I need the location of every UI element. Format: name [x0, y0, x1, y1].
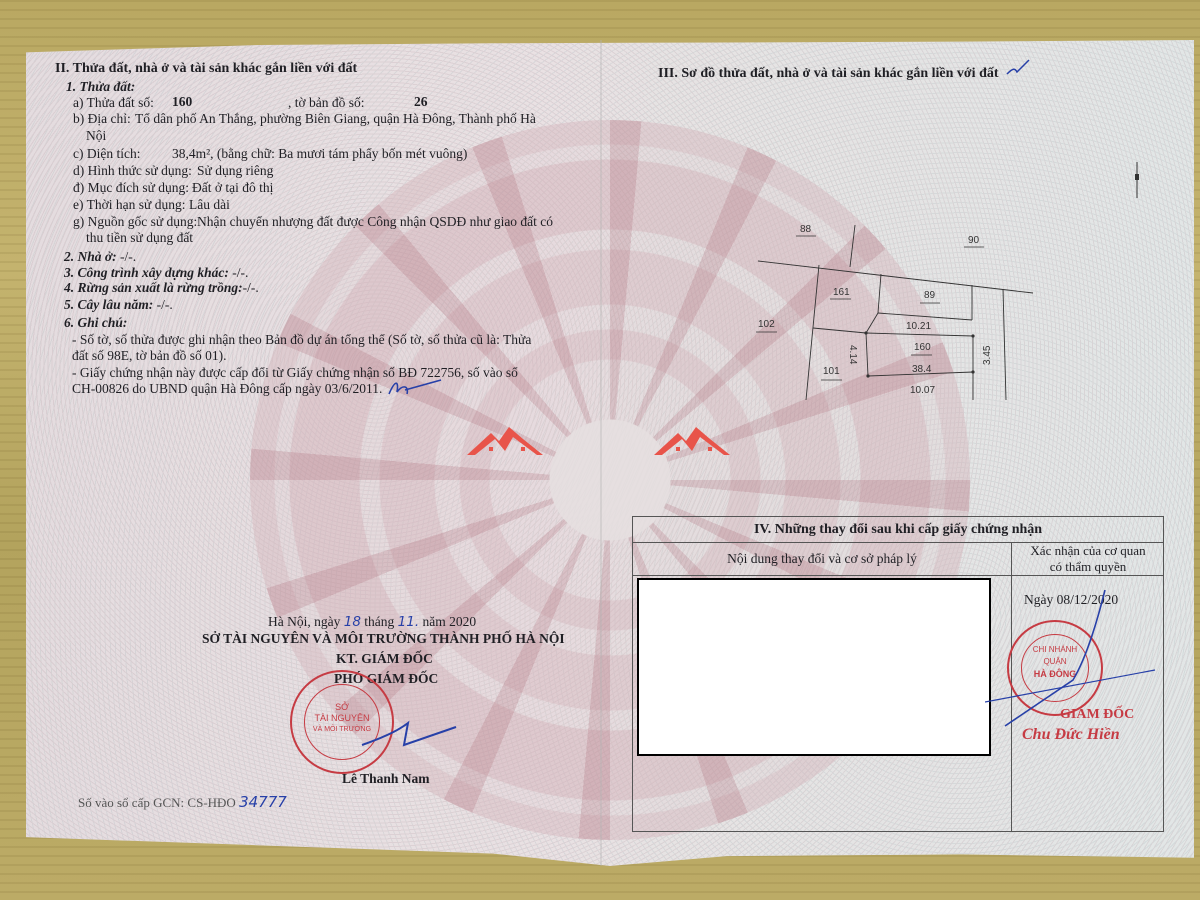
date-day-handwritten: 18	[344, 614, 361, 630]
item3-value: -/-.	[232, 265, 248, 280]
parcel-label: a) Thửa đất số:	[73, 94, 154, 111]
date-year: năm 2020	[423, 614, 477, 629]
svg-text:89: 89	[924, 290, 936, 301]
address-label: b) Địa chỉ:	[73, 110, 131, 127]
section-iii-title: III. Sơ đồ thửa đất, nhà ở và tài sản kh…	[658, 65, 999, 82]
item4-value: -/-.	[243, 280, 259, 295]
usage-form-value: Sử dụng riêng	[197, 162, 273, 179]
redacted-content-box	[637, 578, 991, 756]
note1-line1: - Số tờ, số thửa được ghi nhận theo Bản …	[72, 331, 531, 348]
initial-mark-icon	[1005, 58, 1031, 78]
parcel-number: 160	[172, 93, 192, 110]
item1-heading: 1. Thửa đất:	[66, 78, 135, 95]
branch-director-name: Chu Đức Hiền	[1022, 726, 1120, 743]
note2-line2: CH-00826 do UBND quận Hà Đông cấp ngày 0…	[72, 380, 382, 397]
map-sheet-label: , tờ bản đồ số:	[288, 94, 365, 111]
origin-label: g) Nguồn gốc sử dụng:	[73, 213, 197, 230]
origin-line1: Nhận chuyển nhượng đất được Công nhận QS…	[197, 213, 553, 230]
svg-text:10.07: 10.07	[910, 385, 935, 396]
svg-text:10.21: 10.21	[906, 321, 931, 332]
page-fold	[600, 40, 602, 866]
purpose-value: Đất ở tại đô thị	[192, 179, 273, 196]
registry-label: Số vào sổ cấp GCN: CS-HĐO	[78, 795, 236, 810]
svg-text:160: 160	[914, 342, 931, 353]
svg-text:161: 161	[833, 287, 850, 298]
branch-director-position: GIÁM ĐỐC	[1060, 706, 1134, 723]
date-prefix: Hà Nội, ngày	[268, 614, 340, 629]
column-header-confirmation: Xác nhận của cơ quan có thẩm quyền	[1011, 543, 1164, 576]
svg-text:3.45: 3.45	[982, 345, 993, 365]
section-iv-title: IV. Những thay đổi sau khi cấp giấy chứn…	[633, 517, 1163, 543]
item4-label: 4. Rừng sản xuất là rừng trồng:	[64, 280, 243, 295]
date-month-handwritten: 11.	[398, 614, 419, 630]
map-sheet-number: 26	[414, 93, 428, 110]
issuing-agency: SỞ TÀI NGUYÊN VÀ MÔI TRƯỜNG THÀNH PHỐ HÀ…	[202, 630, 565, 647]
registry-number: 34777	[239, 793, 287, 811]
house-logo-watermark-icon	[465, 425, 545, 457]
on-behalf-title: KT. GIÁM ĐỐC	[336, 650, 433, 667]
note1-line2: đất số 98E, tờ bản đồ số 01).	[72, 347, 227, 364]
item5-value: -/-.	[157, 297, 173, 312]
svg-text:38.4: 38.4	[912, 364, 932, 375]
house-logo-watermark-icon	[652, 425, 732, 457]
note2-line1: - Giấy chứng nhận này được cấp đổi từ Gi…	[72, 364, 518, 381]
svg-text:90: 90	[968, 235, 980, 246]
term-value: Lâu dài	[189, 196, 230, 213]
origin-line2: thu tiền sử dụng đất	[86, 229, 193, 246]
column-header-content: Nội dung thay đổi và cơ sở pháp lý	[633, 543, 1011, 576]
initial-signature-icon	[385, 376, 445, 400]
term-label: e) Thời hạn sử dụng:	[73, 196, 185, 213]
area-label: c) Diện tích:	[73, 145, 140, 162]
item3-label: 3. Công trình xây dựng khác:	[64, 265, 229, 280]
item6-heading: 6. Ghi chú:	[64, 314, 127, 331]
area-value: 38,4m², (bằng chữ: Ba mươi tám phẩy bốn …	[172, 145, 467, 162]
date-month-label: tháng	[364, 614, 394, 629]
usage-form-label: d) Hình thức sử dụng:	[73, 162, 192, 179]
item2-value: -/-.	[120, 249, 136, 264]
north-arrow-icon	[1132, 160, 1142, 200]
item5-label: 5. Cây lâu năm:	[64, 297, 153, 312]
item2-label: 2. Nhà ở:	[64, 249, 117, 264]
address-line1: Tổ dân phố An Thắng, phường Biên Giang, …	[135, 110, 536, 127]
svg-text:88: 88	[800, 224, 812, 235]
signer-name: Lê Thanh Nam	[342, 770, 430, 787]
director-signature-icon	[360, 715, 460, 755]
svg-text:102: 102	[758, 319, 775, 330]
purpose-label: đ) Mục đích sử dụng:	[73, 179, 189, 196]
section-ii-title: II. Thửa đất, nhà ở và tài sản khác gắn …	[55, 60, 357, 77]
svg-text:101: 101	[823, 366, 840, 377]
parcel-diagram: 88 90 161 89 102 160 38.4 101 10.21 10.0…	[750, 215, 1040, 400]
address-line2: Nội	[86, 127, 106, 144]
svg-text:4.14: 4.14	[847, 345, 858, 365]
